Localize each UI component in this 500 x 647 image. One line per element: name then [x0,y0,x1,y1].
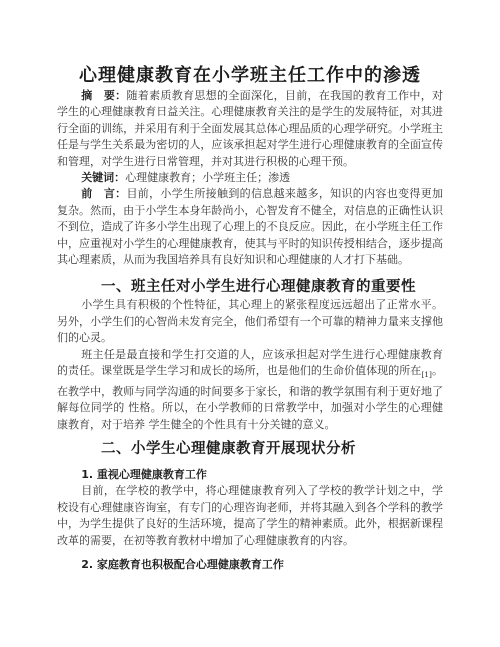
section-1-paragraph-1: 小学生具有积极的个性特征，其心理上的紧张程度远远超出了正常水平。另外，小学生们的… [57,297,443,346]
abstract-paragraph: 摘 要：随着素质教育思想的全面深化，目前，在我国的教育工作中，对学生的心理健康教… [57,88,443,170]
keywords-paragraph: 关键词：心理健康教育；小学班主任；渗透 [57,170,443,186]
preface-paragraph: 前 言：目前，小学生所接触到的信息越来越多，知识的内容也变得更加复杂。然而，由于… [57,186,443,268]
subsection-1-heading: 1. 重视心理健康教育工作 [57,467,443,483]
section-1-paragraph-2: 班主任是最直接和学生打交道的人，应该承担起对学生进行心理健康教育的责任。课堂既是… [57,347,443,433]
abstract-label: 摘 要： [81,89,126,102]
section-1-paragraph-2-text: 班主任是最直接和学生打交道的人，应该承担起对学生进行心理健康教育的责任。课堂既是… [57,348,443,377]
section-2-heading: 二、小学生心理健康教育开展现状分析 [101,439,443,459]
document-title: 心理健康教育在小学班主任工作中的渗透 [57,64,443,88]
citation-marker: [1] [421,370,432,379]
subsection-1-paragraph: 目前，在学校的教学中，将心理健康教育列入了学校的教学计划之中，学校设有心理健康咨… [57,483,443,549]
keywords-label: 关键词： [81,171,125,184]
document-content: 心理健康教育在小学班主任工作中的渗透 摘 要：随着素质教育思想的全面深化，目前，… [0,64,500,573]
subsection-2-heading: 2. 家庭教育也积极配合心理健康教育工作 [57,557,443,573]
keywords-text: 心理健康教育；小学班主任；渗透 [125,171,290,184]
preface-label: 前 言： [81,187,126,200]
section-1-heading: 一、班主任对小学生进行心理健康教育的重要性 [101,277,443,297]
document-page: 心理健康教育在小学班主任工作中的渗透 摘 要：随着素质教育思想的全面深化，目前，… [0,0,500,647]
